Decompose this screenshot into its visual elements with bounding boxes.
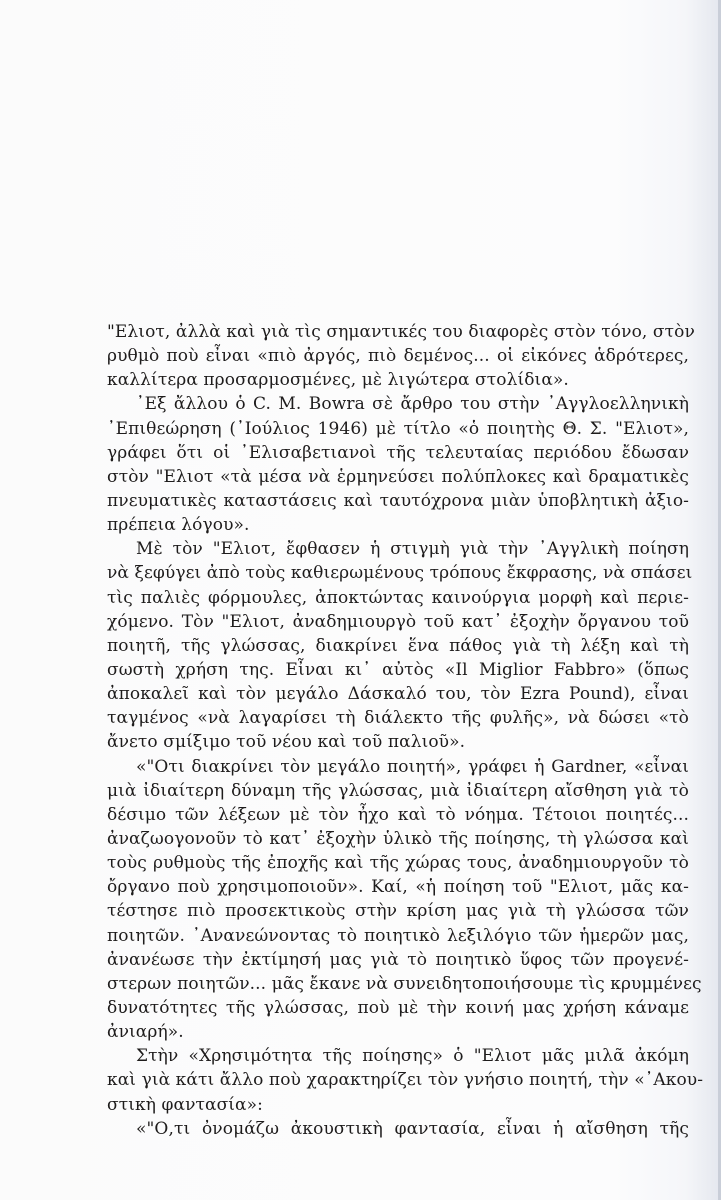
text-line: ἀνιαρή». <box>107 1020 689 1044</box>
text-line: μιὰ ἰδιαίτερη δύναμη τῆς γλώσσας, μιὰ ἰδ… <box>107 779 689 803</box>
text-line: ὄργανο ποὺ χρησιμοποιοῦν». Καί, «ἡ ποίησ… <box>107 875 689 899</box>
text-line: καλλίτερα προσαρμοσμένες, μὲ λιγώτερα στ… <box>107 368 689 392</box>
body-text: "Ελιοτ, ἀλλὰ καὶ γιὰ τὶς σημαντικές του … <box>107 320 689 1141</box>
text-line: χόμενο. Τὸν "Ελιοτ, ἀναδημιουργὸ τοῦ κατ… <box>107 610 689 634</box>
text-line: ἄνετο σμίξιμο τοῦ νέου καὶ τοῦ παλιοῦ». <box>107 730 689 754</box>
text-line: πρέπεια λόγου». <box>107 513 689 537</box>
text-line: τὶς παλιὲς φόρμουλες, ἀποκτώντας καινούρ… <box>107 586 689 610</box>
text-line: ἀνανέωσε τὴν ἐκτίμησή μας γιὰ τὸ ποιητικ… <box>107 948 689 972</box>
text-line: δυνατότητες τῆς γλώσσας, ποὺ μὲ τὴν κοιν… <box>107 996 689 1020</box>
text-line: τοὺς ρυθμοὺς τῆς ἐποχῆς καὶ τῆς χώρας το… <box>107 851 689 875</box>
text-line: στὸν "Ελιοτ «τὰ μέσα νὰ ἑρμηνεύσει πολύπ… <box>107 465 689 489</box>
text-line: ταγμένος «νὰ λαγαρίσει τὴ διάλεκτο τῆς φ… <box>107 706 689 730</box>
text-line: στικὴ φαντασία»: <box>107 1093 689 1117</box>
paragraph: «"Οτι διακρίνει τὸν μεγάλο ποιητή», γράφ… <box>107 755 689 1045</box>
text-line: σωστὴ χρήση της. Εἶναι κι᾿ αὐτὸς «Il Mig… <box>107 658 689 682</box>
text-line: Μὲ τὸν "Ελιοτ, ἔφθασεν ἡ στιγμὴ γιὰ τὴν … <box>107 537 689 561</box>
paragraph: "Ελιοτ, ἀλλὰ καὶ γιὰ τὶς σημαντικές του … <box>107 320 689 392</box>
paragraph: Στὴν «Χρησιμότητα τῆς ποίησης» ὁ "Ελιοτ … <box>107 1044 689 1116</box>
paragraph: «"Ο,τι ὀνομάζω ἀκουστικὴ φαντασία, εἶναι… <box>107 1117 689 1141</box>
text-line: γράφει ὅτι οἱ ᾿Ελισαβετιανοὶ τῆς τελευτα… <box>107 441 689 465</box>
text-line: ποιητῶν. ᾿Ανανεώνοντας τὸ ποιητικὸ λεξιλ… <box>107 924 689 948</box>
text-line: καὶ γιὰ κάτι ἄλλο ποὺ χαρακτηρίζει τὸν γ… <box>107 1068 689 1092</box>
text-line: ᾿Επιθεώρηση (᾿Ιούλιος 1946) μὲ τίτλο «ὁ … <box>107 417 689 441</box>
text-line: «"Οτι διακρίνει τὸν μεγάλο ποιητή», γράφ… <box>107 755 689 779</box>
scanned-book-page: "Ελιοτ, ἀλλὰ καὶ γιὰ τὶς σημαντικές του … <box>0 0 721 1200</box>
text-line: "Ελιοτ, ἀλλὰ καὶ γιὰ τὶς σημαντικές του … <box>107 320 689 344</box>
text-line: «"Ο,τι ὀνομάζω ἀκουστικὴ φαντασία, εἶναι… <box>107 1117 689 1141</box>
text-line: ᾿Εξ ἄλλου ὁ C. M. Bowra σὲ ἄρθρο του στὴ… <box>107 392 689 416</box>
text-line: στερων ποιητῶν... μᾶς ἔκανε νὰ συνειδητο… <box>107 972 689 996</box>
text-line: ἀποκαλεῖ καὶ τὸν μεγάλο Δάσκαλό του, τὸν… <box>107 682 689 706</box>
text-line: ρυθμὸ ποὺ εἶναι «πιὸ ἀργός, πιὸ δεμένος.… <box>107 344 689 368</box>
text-line: ἀναζωογονοῦν τὸ κατ᾿ ἐξοχὴν ὑλικὸ τῆς πο… <box>107 827 689 851</box>
paragraph: ᾿Εξ ἄλλου ὁ C. M. Bowra σὲ ἄρθρο του στὴ… <box>107 392 689 537</box>
text-line: δέσιμο τῶν λέξεων μὲ τὸν ἦχο καὶ τὸ νόημ… <box>107 803 689 827</box>
text-line: πνευματικὲς καταστάσεις καὶ ταυτόχρονα μ… <box>107 489 689 513</box>
text-line: νὰ ξεφύγει ἀπὸ τοὺς καθιερωμένους τρόπου… <box>107 561 689 585</box>
paragraph: Μὲ τὸν "Ελιοτ, ἔφθασεν ἡ στιγμὴ γιὰ τὴν … <box>107 537 689 754</box>
text-line: ποιητῆ, τῆς γλώσσας, διακρίνει ἕνα πάθος… <box>107 634 689 658</box>
text-line: Στὴν «Χρησιμότητα τῆς ποίησης» ὁ "Ελιοτ … <box>107 1044 689 1068</box>
text-line: τέστησε πιὸ προσεκτικοὺς στὴν κρίση μας … <box>107 899 689 923</box>
